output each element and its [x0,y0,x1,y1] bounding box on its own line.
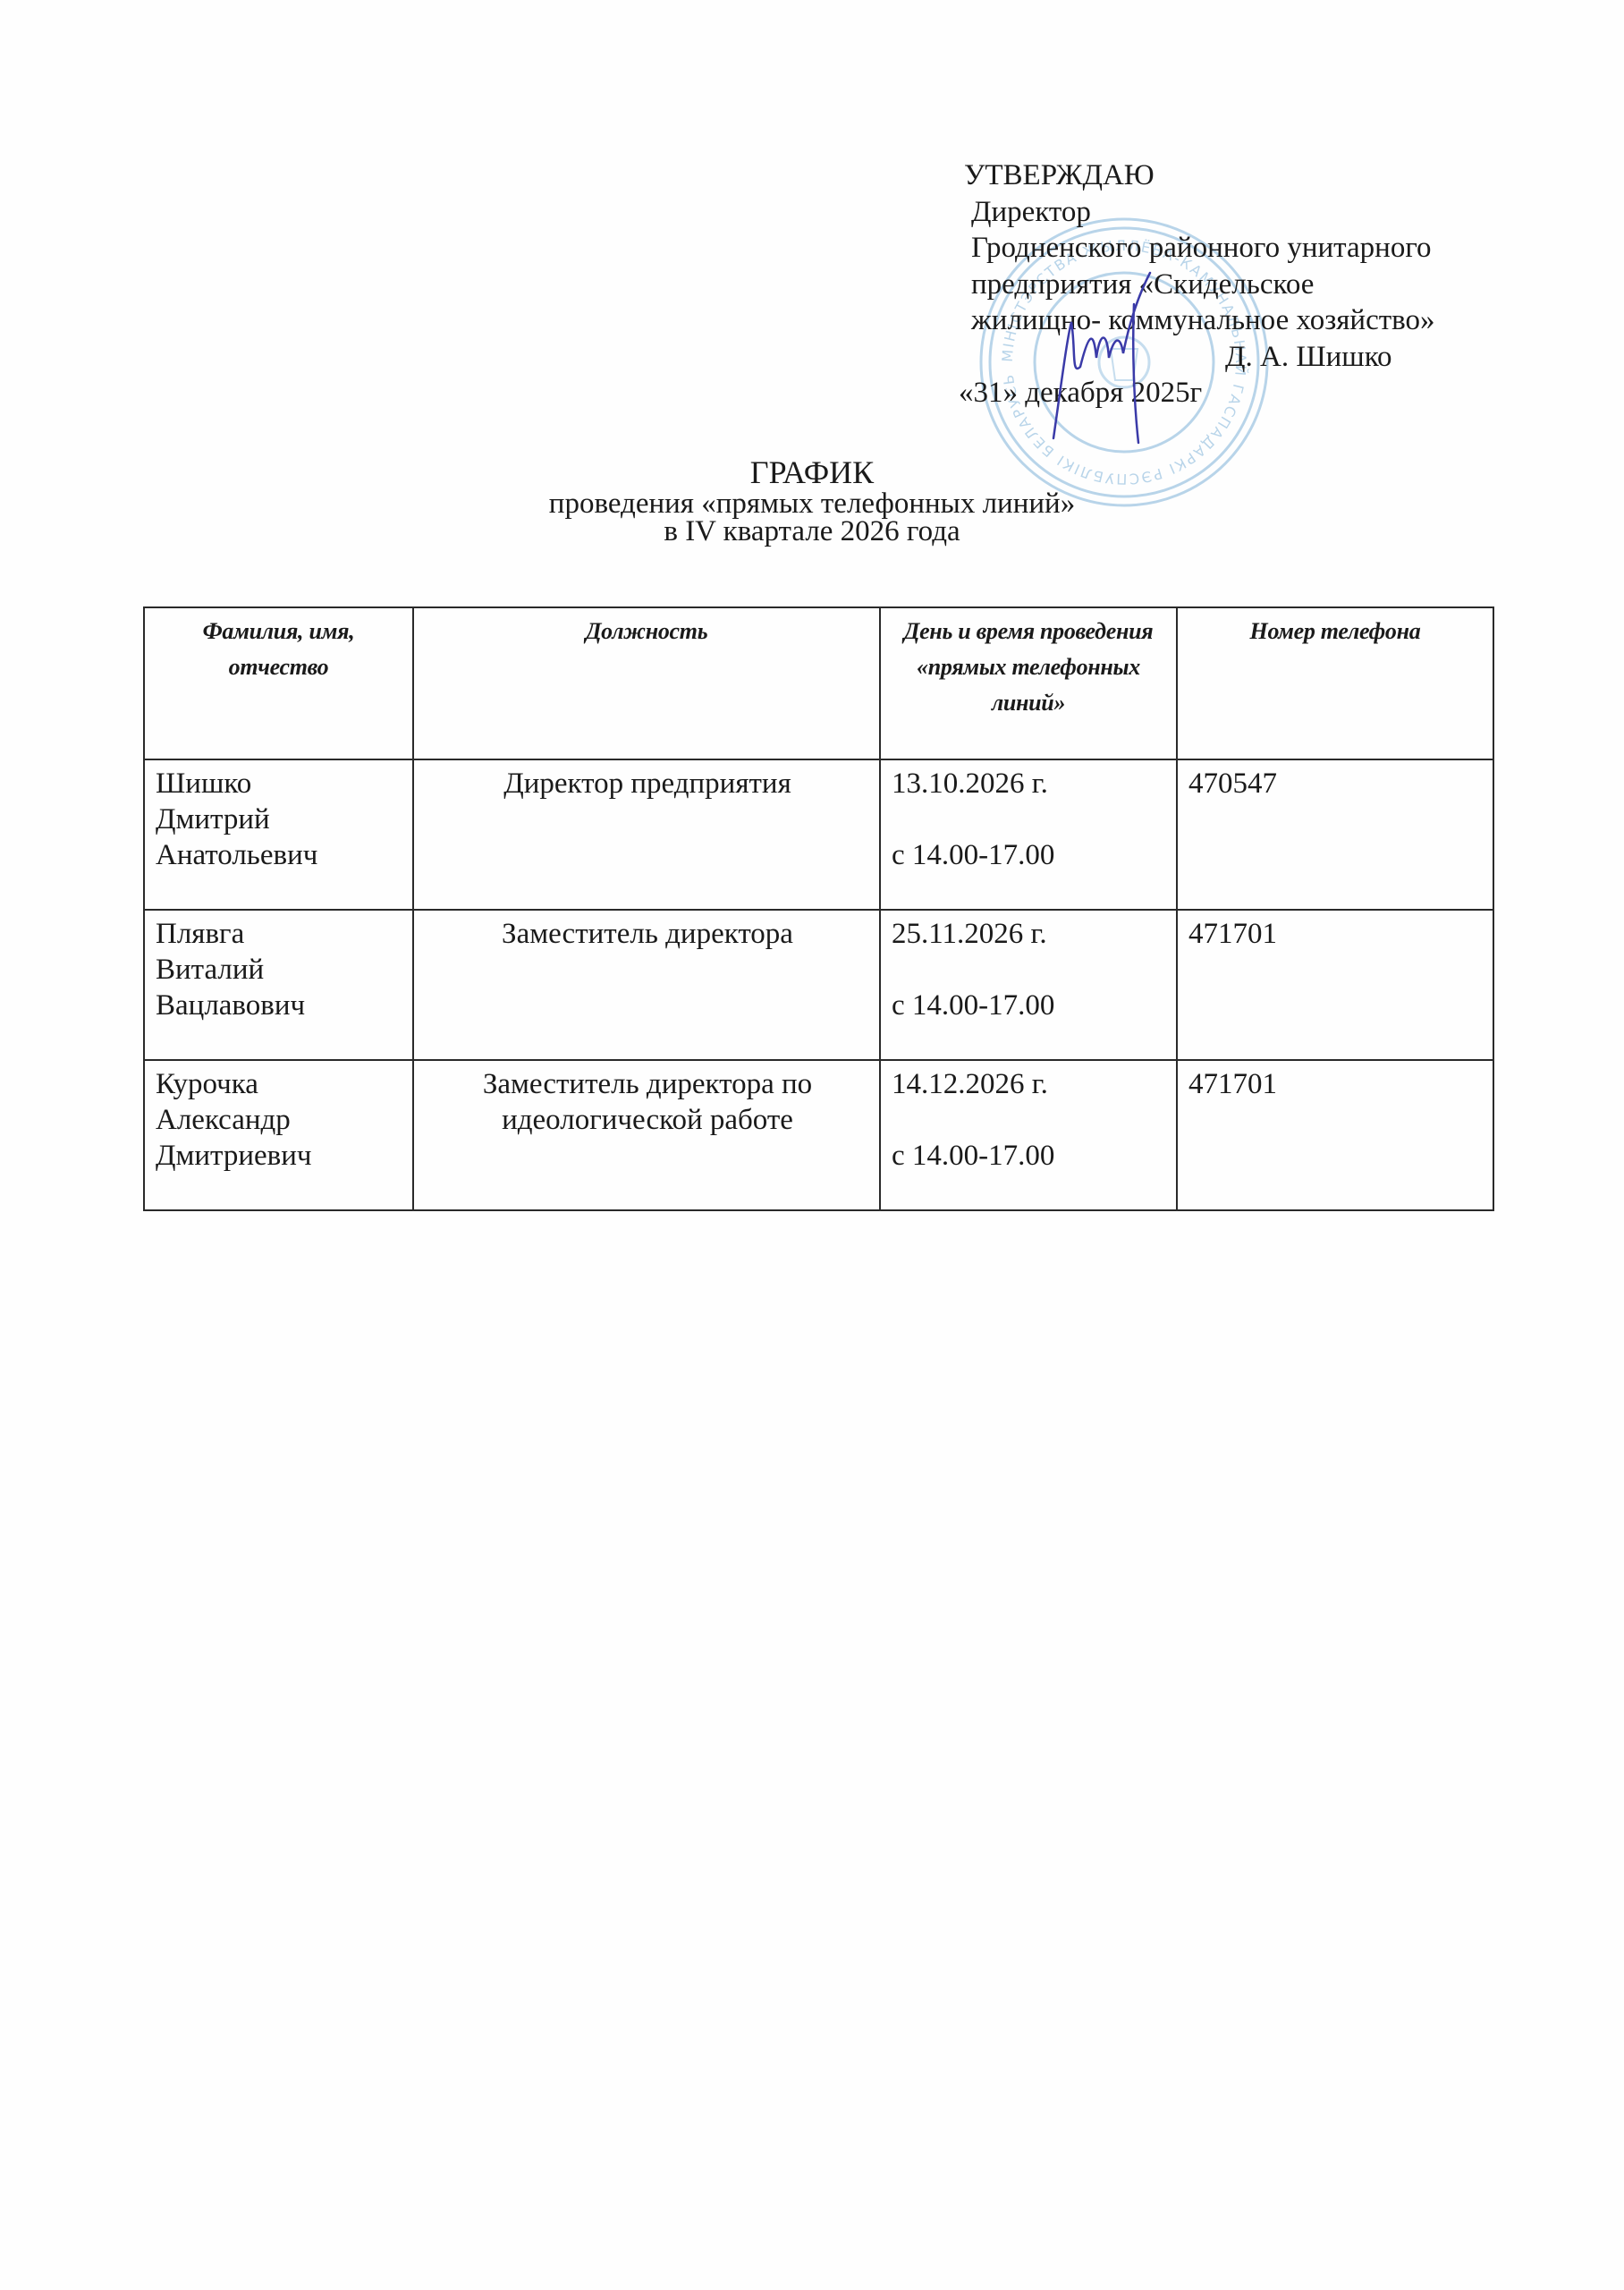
position-cell: Заместитель директора по идеологической … [413,1060,880,1210]
phone-cell: 471701 [1177,1060,1493,1210]
document-title-block: ГРАФИК проведения «прямых телефонных лин… [0,454,1624,546]
column-header-datetime: День и время проведения «прямых телефонн… [880,607,1177,759]
surname: Курочка [156,1066,403,1102]
time: с 14.00-17.00 [892,1138,1167,1174]
signature-icon [1045,268,1161,447]
first-name: Виталий [156,952,403,988]
document-subtitle-line: проведения «прямых телефонных линий» [0,490,1624,518]
table-row: Шишко Дмитрий Анатольевич Директор предп… [144,759,1493,910]
column-header-position: Должность [413,607,880,759]
approval-organization-line: Гродненского районного унитарного [964,230,1518,267]
first-name: Дмитрий [156,801,403,837]
column-header-name: Фамилия, имя, отчество [144,607,413,759]
document-page: МІНІСТЭРСТВА ЖЫЛЛЁВА-КАМУНАЛЬНАЙ ГАСПАДА… [0,0,1624,2290]
name-cell: Курочка Александр Дмитриевич [144,1060,413,1210]
first-name: Александр [156,1102,403,1138]
time: с 14.00-17.00 [892,837,1167,873]
table-row: Курочка Александр Дмитриевич Заместитель… [144,1060,1493,1210]
time: с 14.00-17.00 [892,988,1167,1023]
date: 13.10.2026 г. [892,766,1167,801]
patronymic: Вацлавович [156,988,403,1023]
surname: Плявга [156,916,403,952]
column-header-phone: Номер телефона [1177,607,1493,759]
approval-heading: УТВЕРЖДАЮ [964,157,1518,194]
phone-cell: 471701 [1177,910,1493,1060]
patronymic: Дмитриевич [156,1138,403,1174]
position-cell: Директор предприятия [413,759,880,910]
name-cell: Плявга Виталий Вацлавович [144,910,413,1060]
table-header-row: Фамилия, имя, отчество Должность День и … [144,607,1493,759]
name-cell: Шишко Дмитрий Анатольевич [144,759,413,910]
schedule-table: Фамилия, имя, отчество Должность День и … [143,606,1494,1211]
table-row: Плявга Виталий Вацлавович Заместитель ди… [144,910,1493,1060]
date: 14.12.2026 г. [892,1066,1167,1102]
datetime-cell: 13.10.2026 г. с 14.00-17.00 [880,759,1177,910]
phone-cell: 470547 [1177,759,1493,910]
date: 25.11.2026 г. [892,916,1167,952]
patronymic: Анатольевич [156,837,403,873]
document-title: ГРАФИК [0,454,1624,490]
document-subtitle-line: в IV квартале 2026 года [0,518,1624,546]
position-cell: Заместитель директора [413,910,880,1060]
approval-date: «31» декабря 2025г [959,375,1518,411]
approval-position: Директор [964,194,1518,231]
datetime-cell: 14.12.2026 г. с 14.00-17.00 [880,1060,1177,1210]
surname: Шишко [156,766,403,801]
datetime-cell: 25.11.2026 г. с 14.00-17.00 [880,910,1177,1060]
